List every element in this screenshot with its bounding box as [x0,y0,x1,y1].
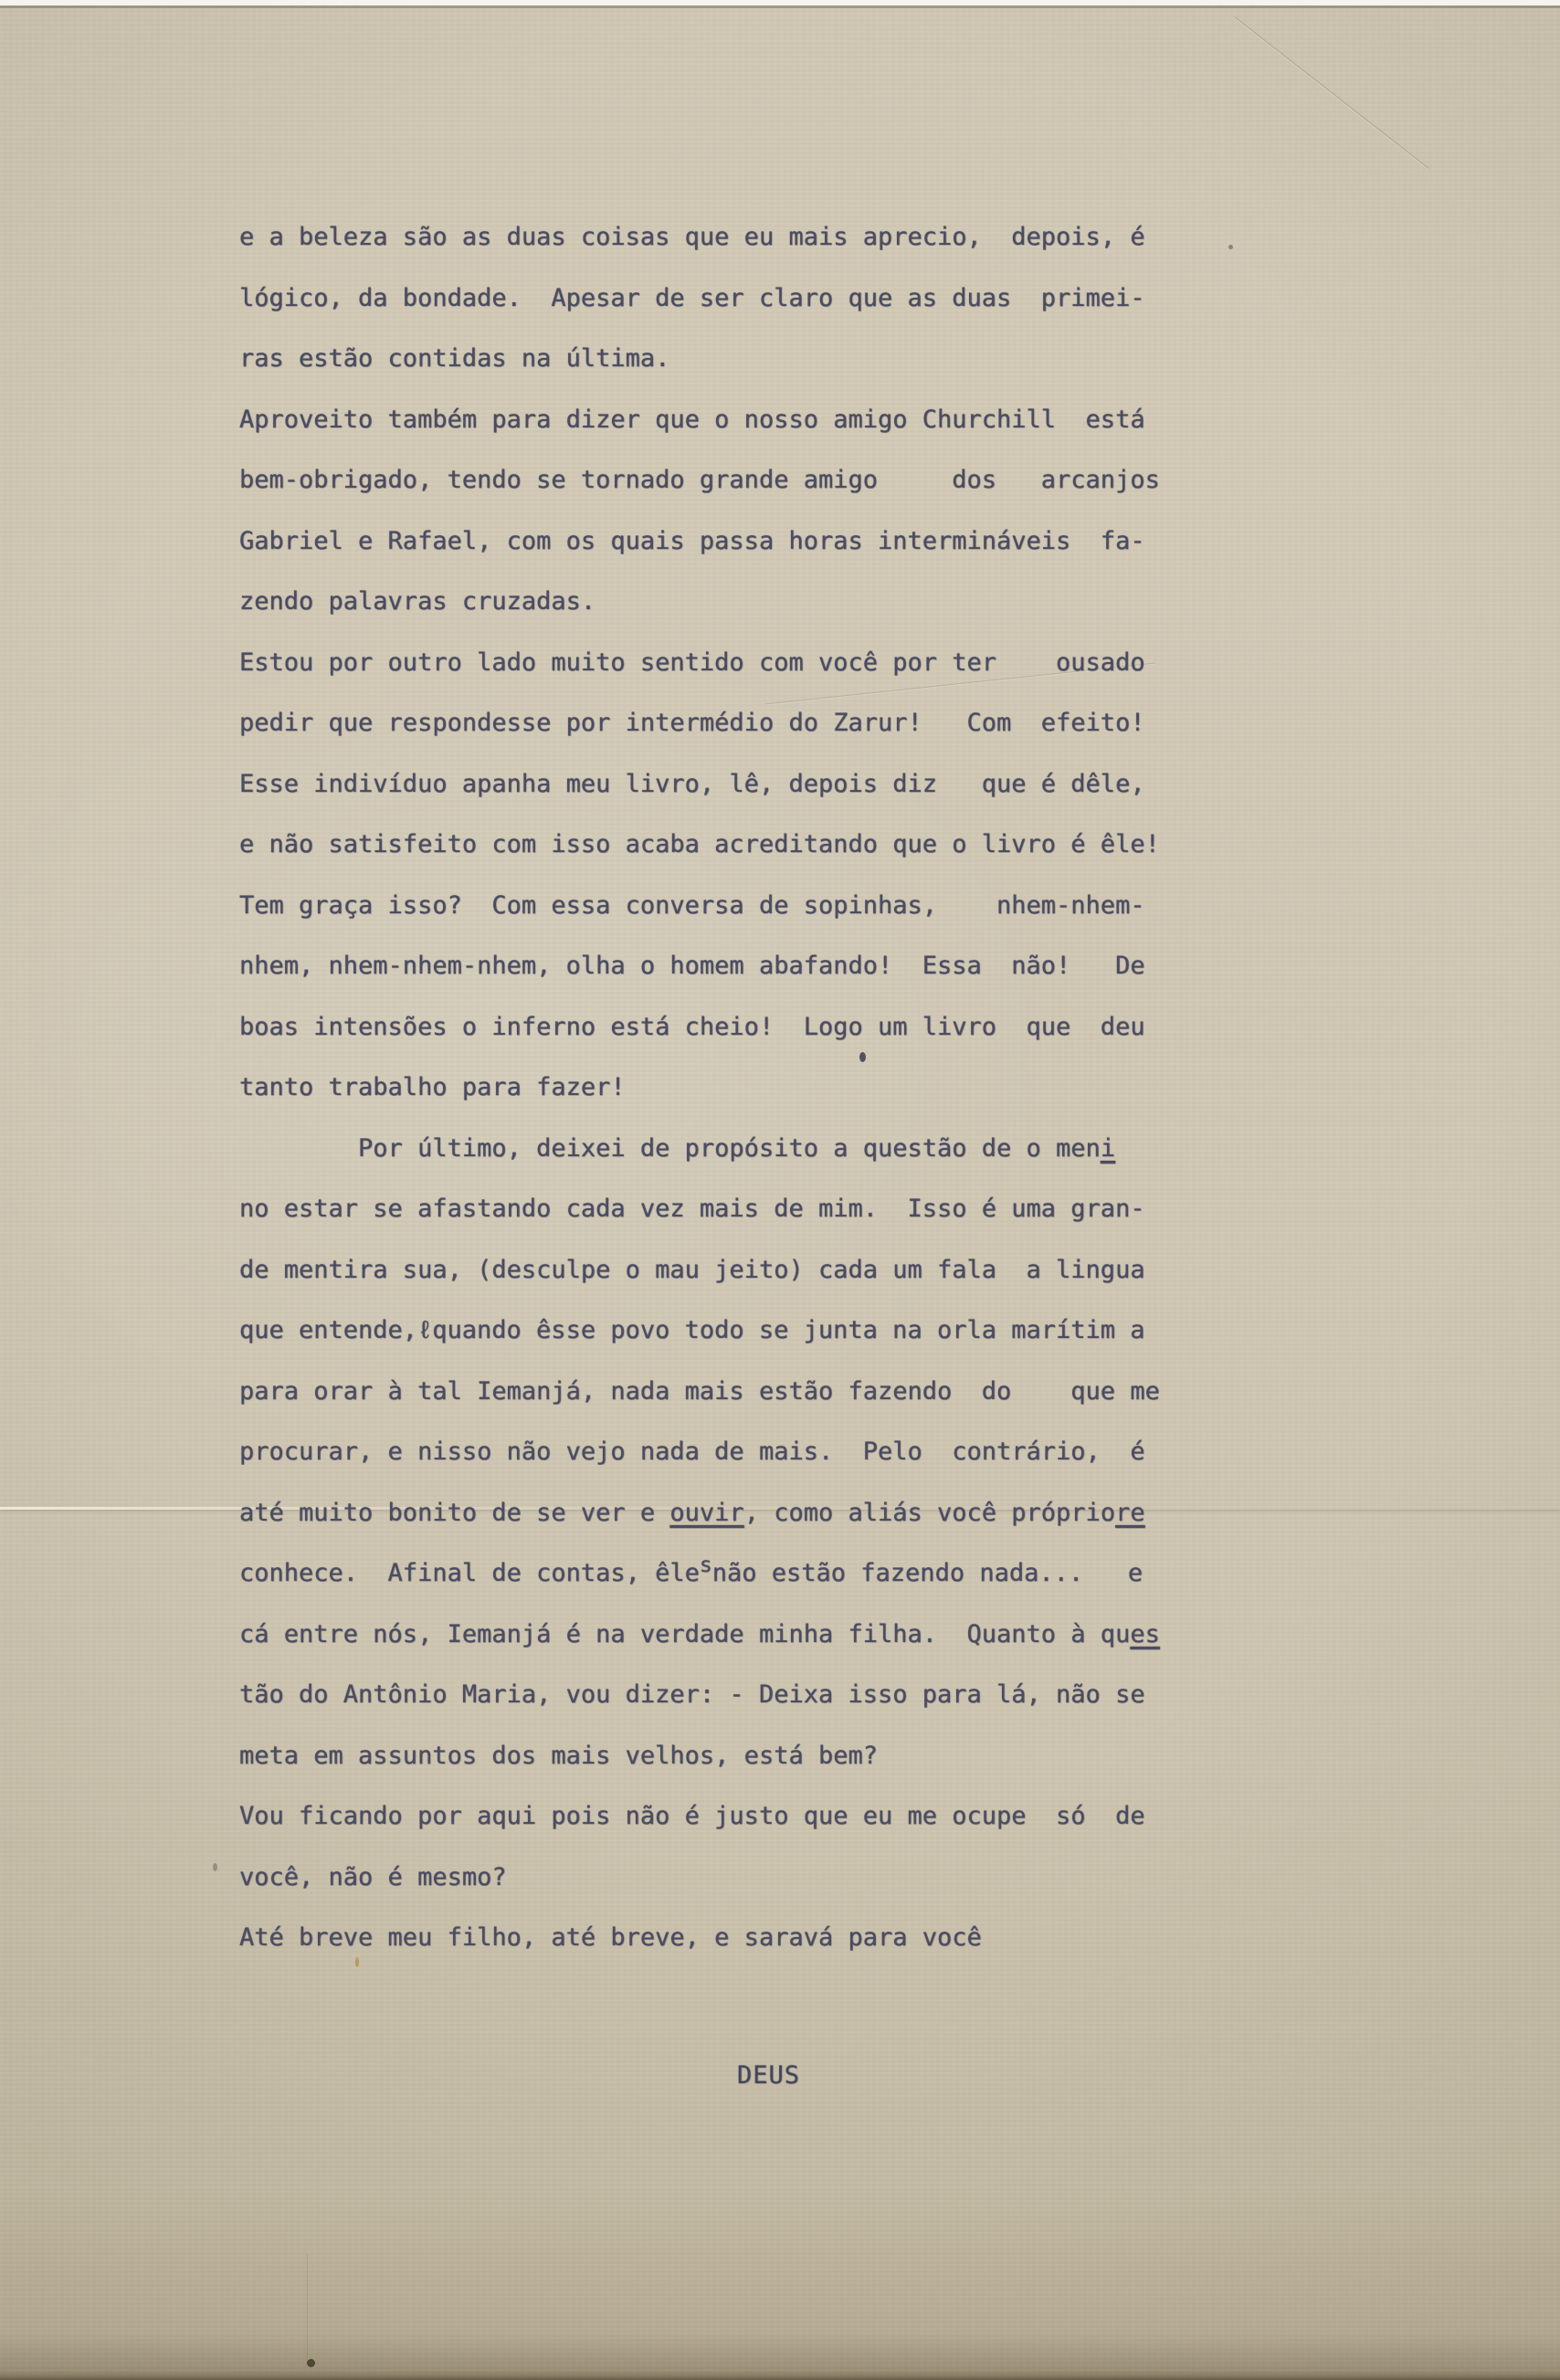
letter-line: Esse indivíduo apanha meu livro, lê, dep… [239,754,1317,816]
typed-text: procurar, e nisso não vejo nada de mais.… [239,1437,1145,1466]
letter-line: e a beleza são as duas coisas que eu mai… [239,207,1317,269]
letter-line: até muito bonito de se ver e ouvir, como… [239,1483,1317,1544]
letter-line: Até breve meu filho, até breve, e saravá… [239,1908,1317,1969]
underlined-text: i [1101,1134,1115,1163]
letter-line: boas intensões o inferno está cheio! Log… [239,997,1317,1058]
typed-text: Aproveito também para dizer que o nosso … [239,405,1145,434]
typed-text: para orar à tal Iemanjá, nada mais estão… [239,1377,1160,1406]
letter-line: Gabriel e Rafael, com os quais passa hor… [239,511,1317,573]
typed-text: meta em assuntos dos mais velhos, está b… [239,1742,878,1770]
letter-line: no estar se afastando cada vez mais de m… [239,1179,1317,1240]
letter-line: para orar à tal Iemanjá, nada mais estão… [239,1362,1317,1423]
underlined-text: es [1130,1620,1160,1648]
typed-text: até muito bonito de se ver e [239,1499,669,1527]
letter-line: você, não é mesmo? [239,1848,1317,1909]
signature: DEUS [239,2046,1317,2107]
letter-line: tanto trabalho para fazer! [239,1058,1317,1119]
typed-text: bem-obrigado, tendo se tornado grande am… [239,466,1160,494]
underlined-text: re [1115,1499,1145,1527]
typed-text: Estou por outro lado muito sentido com v… [239,648,1145,677]
underlined-text: ouvir [669,1499,743,1527]
letter-line: ras estão contidas na última. [239,329,1317,390]
letter-line: pedir que respondesse por intermédio do … [239,693,1317,754]
raised-character: s [700,1553,712,1577]
letter-line: e não satisfeito com isso acaba acredita… [239,815,1317,876]
typed-text: nhem, nhem-nhem-nhem, olha o homem abafa… [239,952,1145,980]
letter-line: Aproveito também para dizer que o nosso … [239,390,1317,451]
letter-line: que entende,ℓquando êsse povo todo se ju… [239,1301,1317,1362]
ink-speck [213,1863,217,1871]
letter-text-block: e a beleza são as duas coisas que eu mai… [239,207,1317,2106]
typed-text: cá entre nós, Iemanjá é na verdade minha… [239,1620,1130,1648]
letter-line: conhece. Afinal de contas, êlesnão estão… [239,1543,1317,1605]
scanned-letter-page: e a beleza são as duas coisas que eu mai… [0,0,1560,2380]
letter-line: procurar, e nisso não vejo nada de mais.… [239,1422,1317,1483]
typed-text: Até breve meu filho, até breve, e saravá… [239,1923,982,1952]
typed-text: Esse indivíduo apanha meu livro, lê, dep… [239,770,1145,798]
typed-text: pedir que respondesse por intermédio do … [239,709,1145,737]
paper-crease [307,2254,308,2362]
letter-line: de mentira sua, (desculpe o mau jeito) c… [239,1240,1317,1301]
typed-text: zendo palavras cruzadas. [239,587,596,616]
typed-text: ras estão contidas na última. [239,344,669,373]
typed-text: no estar se afastando cada vez mais de m… [239,1195,1145,1223]
typed-text: que entende,ℓquando êsse povo todo se ju… [239,1316,1145,1344]
typed-text: Vou ficando por aqui pois não é justo qu… [239,1802,1145,1830]
typed-text: tanto trabalho para fazer! [239,1073,626,1101]
letter-line: Vou ficando por aqui pois não é justo qu… [239,1786,1317,1848]
typed-text: lógico, da bondade. Apesar de ser claro … [239,284,1145,312]
typed-text: tão do Antônio Maria, vou dizer: - Deixa… [239,1680,1145,1709]
typed-text: e a beleza são as duas coisas que eu mai… [239,223,1145,251]
typed-text: , como aliás você próprio [744,1499,1115,1527]
typed-text: você, não é mesmo? [239,1863,507,1891]
letter-line: Tem graça isso? Com essa conversa de sop… [239,876,1317,937]
letter-line: tão do Antônio Maria, vou dizer: - Deixa… [239,1665,1317,1726]
typed-text: Por último, deixei de propósito a questã… [239,1134,1101,1163]
letter-line: Por último, deixei de propósito a questã… [239,1119,1317,1180]
typed-text: e não satisfeito com isso acaba acredita… [239,830,1160,858]
typed-text: Gabriel e Rafael, com os quais passa hor… [239,527,1145,555]
typed-text: Tem graça isso? Com essa conversa de sop… [239,891,1145,920]
typed-text: boas intensões o inferno está cheio! Log… [239,1013,1145,1041]
letter-line: bem-obrigado, tendo se tornado grande am… [239,450,1317,511]
letter-line: meta em assuntos dos mais velhos, está b… [239,1726,1317,1787]
typed-text: não estão fazendo nada... e [712,1559,1143,1587]
ink-speck [355,1957,359,1967]
letter-line: cá entre nós, Iemanjá é na verdade minha… [239,1605,1317,1666]
ink-speck [307,2359,315,2367]
letter-line: zendo palavras cruzadas. [239,572,1317,633]
letter-line: lógico, da bondade. Apesar de ser claro … [239,269,1317,330]
paper-top-edge [0,5,1560,8]
typed-text: conhece. Afinal de contas, êle [239,1559,700,1587]
ink-speck [1228,245,1233,249]
letter-line: Estou por outro lado muito sentido com v… [239,633,1317,694]
letter-line: nhem, nhem-nhem-nhem, olha o homem abafa… [239,936,1317,997]
typed-text: de mentira sua, (desculpe o mau jeito) c… [239,1256,1145,1284]
paper-bottom-edge [0,2371,1560,2380]
paper-crease [1234,16,1428,169]
ink-speck [859,1052,866,1062]
